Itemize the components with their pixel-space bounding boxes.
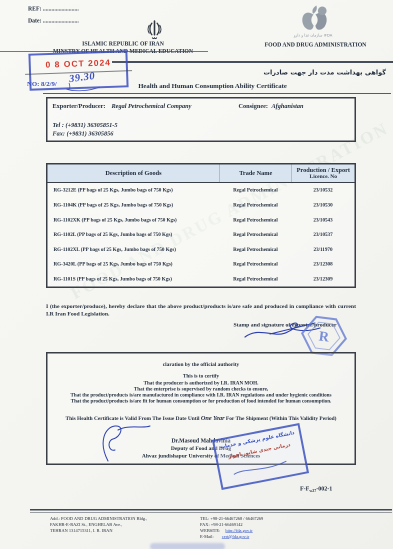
scanned-certificate-page: FOOD AND DRUG ADMINISTRATION REF: ......… [0, 0, 393, 549]
table-row: RG-3212E (PP bags of 25 Kgs, Jumbo bags … [48, 183, 355, 198]
table-row: RG-3420L (PP bags of 25 Kgs, Jumbo bags … [48, 257, 355, 272]
footer-address: Add.: FOOD AND DRUG ADMINISTRATION Bldg.… [50, 516, 147, 534]
exporter-value: Regal Petrochemical Company [112, 103, 192, 111]
fda-title: FOOD AND DRUG ADMINISTRATION [238, 42, 393, 48]
footer-rule [30, 509, 392, 513]
consignee-value: Afghanistan [272, 103, 304, 111]
clause-1: That the producer is authorized by I.R. … [48, 381, 355, 387]
table-row: RG-1101S (PP bags of 25 Kgs, Jumbo bags … [48, 272, 355, 287]
validity-line: This Health Certificate is Valid From Th… [48, 415, 355, 423]
certificate-number-label: NO: 8/2/9/ [27, 80, 57, 88]
certificate-title-farsi: گواهی بهداشت مدت دار جهت صادرات [230, 69, 386, 77]
col-licence-header: Production / ExportLicence. No [292, 165, 355, 183]
footer-website-link[interactable]: http://fda.gov.ir [225, 528, 252, 533]
exporter-info-box: Exporter/Producer: Regal Petrochemical C… [46, 97, 356, 142]
date-field: Date: ......................... [28, 18, 79, 24]
exporter-label: Exporter/Producer: [53, 103, 106, 111]
iran-emblem-icon [146, 19, 163, 41]
certificate-document: FOOD AND DRUG ADMINISTRATION REF: ......… [0, 0, 393, 549]
table-row: RG-1102XK (PP bags of 25 Kgs, Jumbo bags… [48, 213, 355, 228]
clause-3: That the product/products is/are manufac… [48, 393, 355, 399]
validity-duration: One Year [201, 415, 225, 422]
country-title: ISLAMIC REPUBLIC OF IRAN [58, 41, 188, 47]
certificate-title-english: Health and Human Consumption Ability Cer… [75, 82, 350, 90]
clause-2: That the enterprise is supervised by ran… [48, 387, 355, 393]
consignee-label: Consignee: [239, 103, 269, 111]
title-underline [43, 93, 391, 94]
exporter-fax: Fax: (+9831) 36305856 [53, 130, 114, 138]
footer-contact: TEL: +98-21-66467268 / 66467269 FAX: +98… [200, 516, 263, 540]
col-description-header: Description of Goods [48, 165, 220, 183]
ref-field: REF: ......................... [28, 6, 79, 12]
footer-website-label: WEBSITE: [200, 528, 220, 533]
table-row: RG-1102XL (PP bags of 25 Kgs, Jumbo bags… [48, 242, 355, 257]
certify-line: This is to certify [48, 374, 355, 380]
footer-email-link[interactable]: cert@fda.gov.ir [222, 534, 249, 539]
svg-text:R: R [318, 329, 331, 345]
authority-heading: claration by the official authority [48, 362, 355, 368]
goods-table-header: Description of Goods Trade Name Producti… [48, 165, 355, 184]
goods-table: Description of Goods Trade Name Producti… [46, 163, 356, 288]
fda-logo-caption: سازمان غذا و دارو IFDA [278, 33, 348, 38]
table-row: RG-1104K (PP bags of 25 Kgs, Jumbo bags … [48, 198, 355, 213]
authority-signature-icon [93, 422, 153, 465]
authority-stamp-flourish-icon [229, 456, 290, 480]
bottom-stamp-artifact [150, 543, 225, 549]
exporter-tel: Tel : (+9831) 36305851-5 [53, 122, 118, 130]
footer-email-label: E-Mail: [200, 534, 214, 539]
form-number: F-Fw27-002-1 [300, 485, 332, 493]
table-row: RG-1102L (PP bags of 25 Kgs, Jumbo bags … [48, 227, 355, 242]
col-trade-name-header: Trade Name [219, 165, 291, 183]
clause-4: That the product/products is/are fit for… [48, 399, 355, 405]
fda-logo-icon [296, 5, 333, 35]
stamp-date-text: 0 8 OCT 2024 [31, 57, 126, 70]
header-rule [112, 61, 393, 63]
